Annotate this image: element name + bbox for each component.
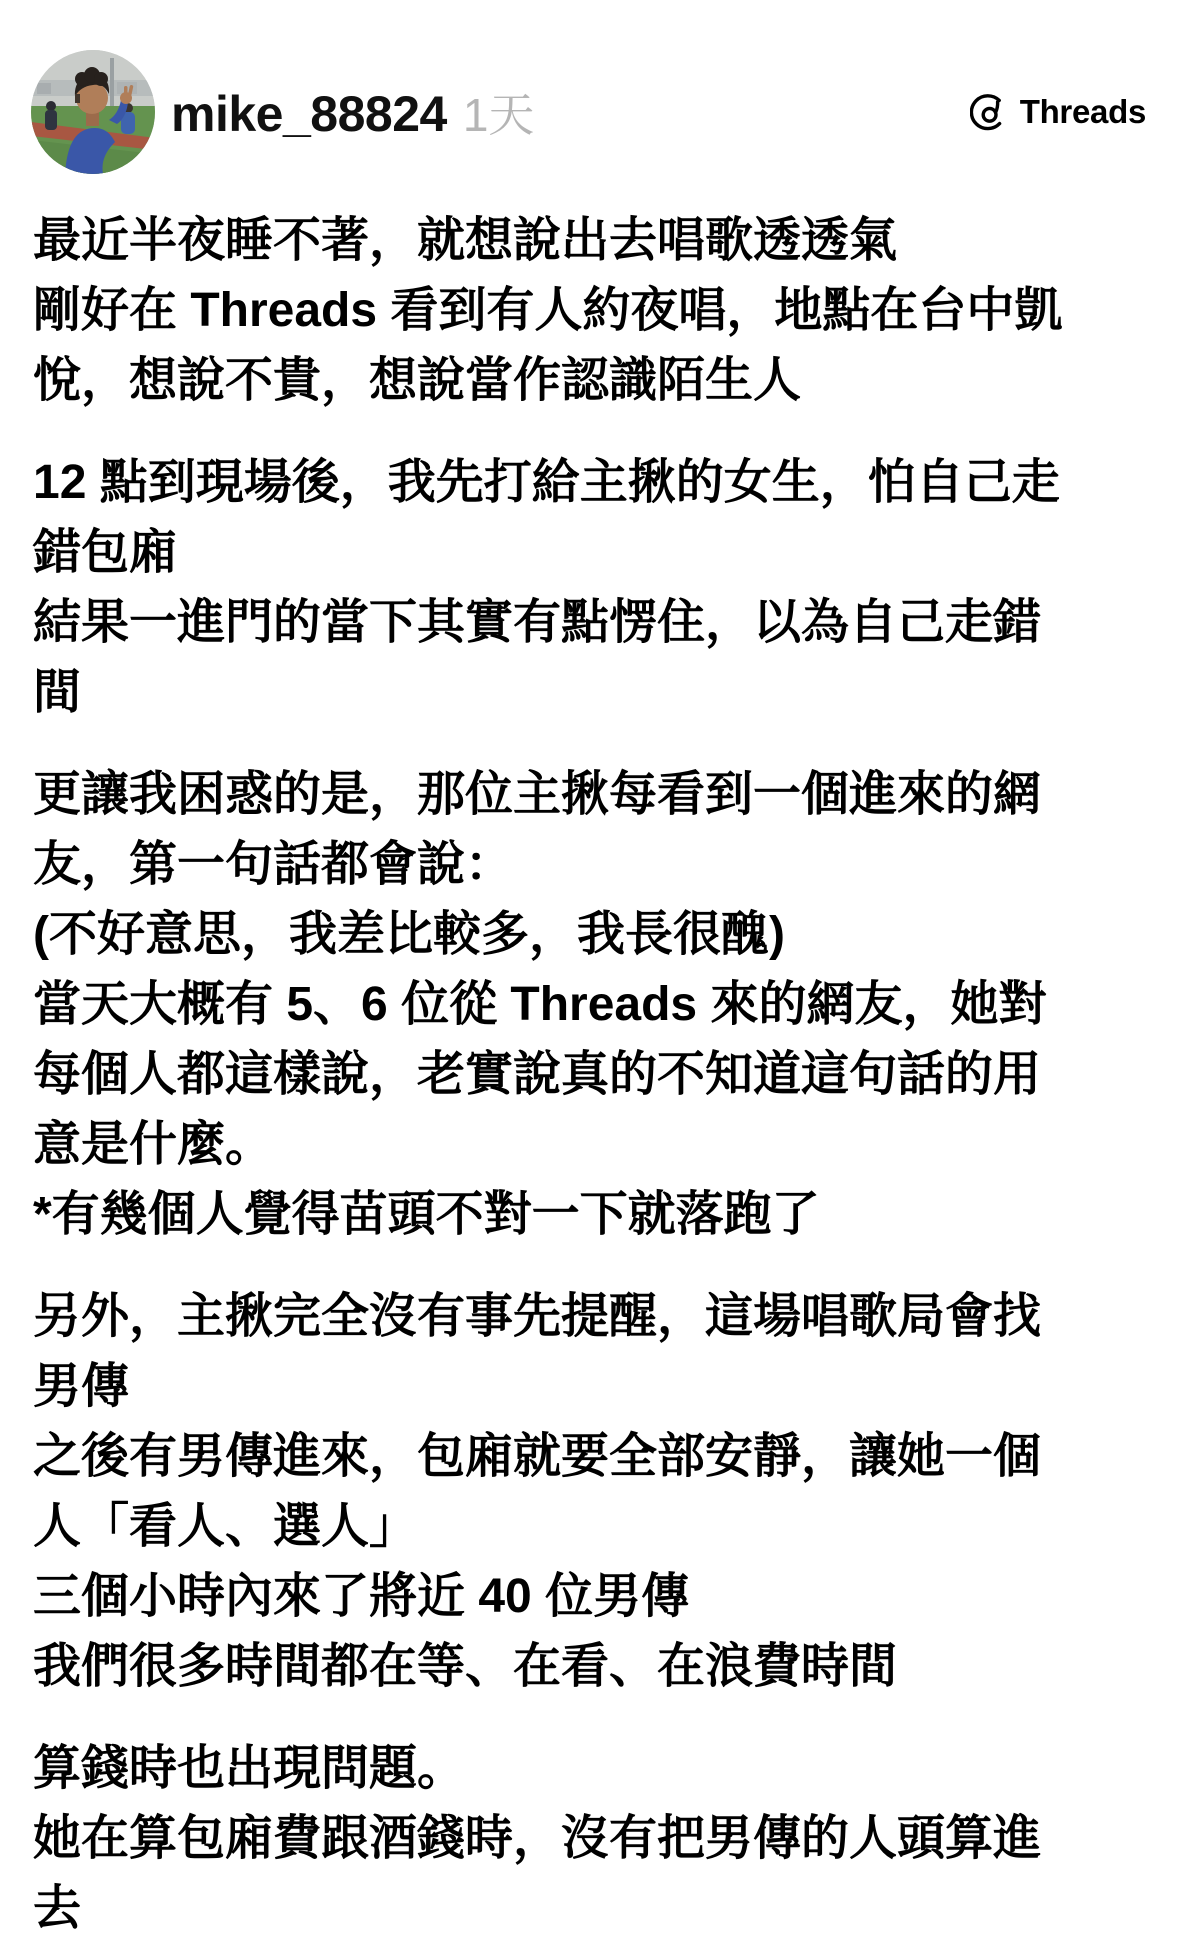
post-text-line: 友，第一句話都會說： (33, 830, 1146, 900)
threads-logo-icon (970, 92, 1010, 132)
post-text-line: *有幾個人覺得苗頭不對一下就落跑了 (33, 1180, 1146, 1250)
post-text-line: 間 (33, 658, 1146, 728)
username[interactable]: mike_88824 (171, 85, 447, 143)
avatar-image (31, 50, 155, 174)
post-text-line: 之後有男傳進來，包廂就要全部安靜，讓她一個 (33, 1422, 1146, 1492)
post-text-line: 每個人都這樣說，老實說真的不知道這句話的用 (33, 1040, 1146, 1110)
timestamp: 1天 (463, 79, 535, 145)
post-text-line: 悅，想說不貴，想說當作認識陌生人 (33, 346, 1146, 416)
post-text-line: 三個小時內來了將近 40 位男傳 (33, 1562, 1146, 1632)
post-paragraph: 更讓我困惑的是，那位主揪每看到一個進來的網友，第一句話都會說：(不好意思，我差比… (33, 760, 1146, 1250)
post-text-line: 去 (33, 1874, 1146, 1944)
post-text-line: 更讓我困惑的是，那位主揪每看到一個進來的網 (33, 760, 1146, 830)
post-text-line: 錯包廂 (33, 518, 1146, 588)
post-text-line: 剛好在 Threads 看到有人約夜唱，地點在台中凱 (33, 276, 1146, 346)
post-text-line: 當天大概有 5、6 位從 Threads 來的網友，她對 (33, 970, 1146, 1040)
post-paragraph: 12 點到現場後，我先打給主揪的女生，怕自己走錯包廂結果一進門的當下其實有點愣住… (33, 448, 1146, 728)
post-text-line: 我們很多時間都在等、在看、在浪費時間 (33, 1632, 1146, 1702)
post-text-line: 意是什麼。 (33, 1110, 1146, 1180)
post-text-line: 12 點到現場後，我先打給主揪的女生，怕自己走 (33, 448, 1146, 518)
post-header: mike_88824 1天 Threads (0, 0, 1179, 174)
post-text-line: 算錢時也出現問題。 (33, 1734, 1146, 1804)
post-paragraph: 算錢時也出現問題。她在算包廂費跟酒錢時，沒有把男傳的人頭算進去 (33, 1734, 1146, 1944)
threads-wordmark: Threads (1020, 93, 1146, 131)
avatar[interactable] (31, 50, 155, 174)
post-text-line: 另外，主揪完全沒有事先提醒，這場唱歌局會找 (33, 1282, 1146, 1352)
threads-post-card: mike_88824 1天 Threads 最近半夜睡不著，就想說出去唱歌透透氣… (0, 0, 1179, 1956)
post-text-line: (不好意思，我差比較多，我長很醜) (33, 900, 1146, 970)
post-paragraph: 另外，主揪完全沒有事先提醒，這場唱歌局會找男傳之後有男傳進來，包廂就要全部安靜，… (33, 1282, 1146, 1702)
post-text-line: 男傳 (33, 1352, 1146, 1422)
post-text-line: 最近半夜睡不著，就想說出去唱歌透透氣 (33, 206, 1146, 276)
post-paragraph: 最近半夜睡不著，就想說出去唱歌透透氣剛好在 Threads 看到有人約夜唱，地點… (33, 206, 1146, 416)
name-row: mike_88824 1天 (171, 79, 534, 145)
post-body: 最近半夜睡不著，就想說出去唱歌透透氣剛好在 Threads 看到有人約夜唱，地點… (0, 206, 1179, 1944)
threads-brand-link[interactable]: Threads (970, 92, 1146, 132)
post-text-line: 結果一進門的當下其實有點愣住，以為自己走錯 (33, 588, 1146, 658)
post-text-line: 人「看人、選人」 (33, 1492, 1146, 1562)
post-text-line: 她在算包廂費跟酒錢時，沒有把男傳的人頭算進 (33, 1804, 1146, 1874)
